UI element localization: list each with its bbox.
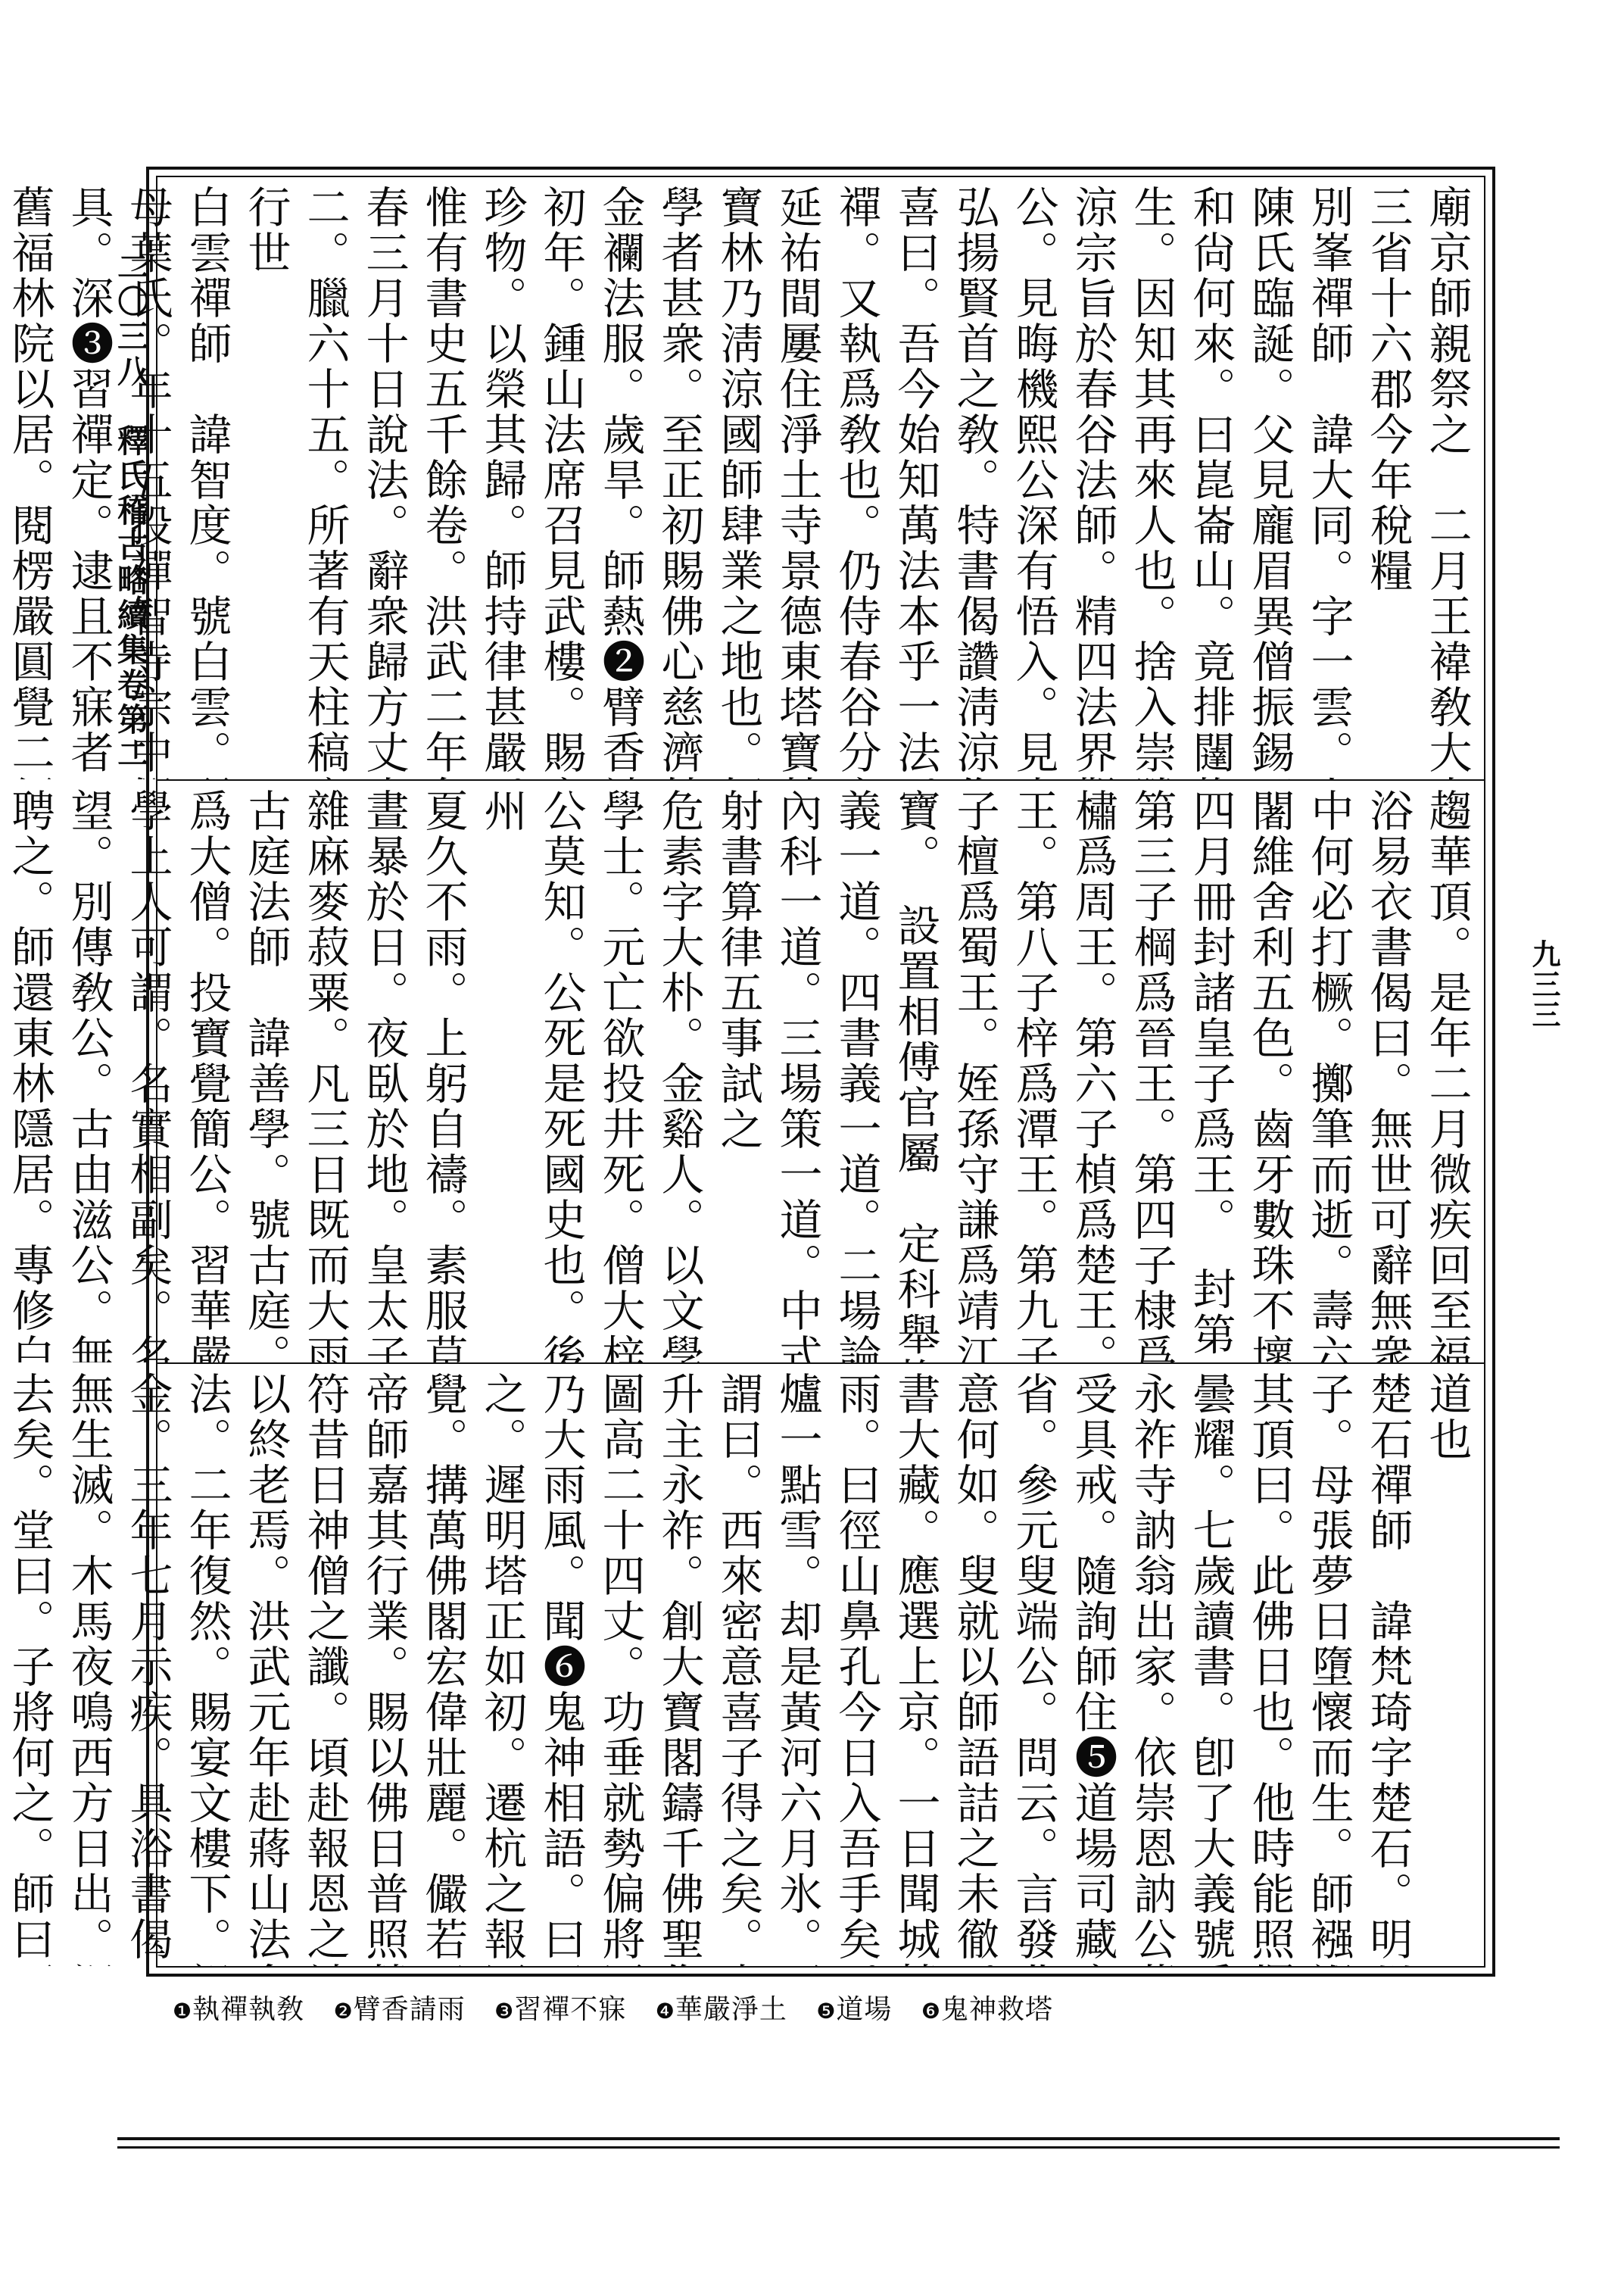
footnote-4: ❹華嚴淨土: [656, 1994, 787, 2025]
text-column: 母葉氏。年十五投禪智寺宗中假公。薙染受: [118, 185, 177, 779]
text-column: 喜曰。吾今始知萬法本乎一法。不識❶執爲: [886, 185, 945, 779]
text-column: 曇耀。七歲讀書。卽了大義號爲奇童。九歲投: [1181, 1372, 1240, 1966]
text-column: 楚石禪師 諱梵琦字楚石。明州象山朱氏: [1358, 1372, 1417, 1966]
text-column: 去矣。堂曰。子將何之。師曰西方。堂曰。西方: [0, 1372, 59, 1966]
text-column: 意何如。叟就以師語詰之未徹。會元英宗金: [945, 1372, 1004, 1966]
text-column: 州: [472, 788, 531, 1362]
text-column: 省。參元叟端公。問云。言發非聲色前不物。其: [1004, 1372, 1063, 1966]
text-column: 四月冊封諸皇子爲王。 封第二子樉爲秦王。: [1181, 788, 1240, 1362]
text-column: 寶林乃淸涼國師肆業之地也。師居之而來: [709, 185, 768, 779]
text-column: 三省十六郡今年稅糧: [1358, 185, 1417, 779]
text-column: 白雲禪師 諱智度。號白雲。麗水人。族姓吳。: [177, 185, 236, 779]
text-column: 學者甚衆。至正初賜佛心慈濟妙辨之號。幷: [650, 185, 709, 779]
text-column: 子檀爲蜀王。姪孫守謙爲靖江王。皆授以冊: [945, 788, 1004, 1362]
text-column: 道也: [1417, 1372, 1476, 1966]
text-column: 惟有書史五千餘卷。洪武二年冬示疾。三年: [413, 185, 472, 779]
text-column: 第三子棡爲晉王。第四子棣爲燕王。第五子: [1122, 788, 1181, 1362]
text-column: 涼宗旨於春谷法師。精四法界觀於古懷肇: [1063, 185, 1122, 779]
footnote-line: ❶執禪執敎 ❷臂香請雨 ❸習禪不寐 ❹華嚴淨土 ❺道場 ❻鬼神救塔: [173, 1988, 1073, 2027]
text-column: 爐一點雪。却是黃河六月氷。再參元叟一見: [768, 1372, 827, 1966]
text-column: 受具戒。隨詢師住❺道場司藏室。閱楞嚴經有: [1063, 1372, 1122, 1966]
text-column: 子。母張夢日墮懷而生。師襁褓時。有神僧摩: [1299, 1372, 1358, 1966]
text-column: 生。因知其再來人也。捨入崇勝寺。薙染究淸: [1122, 185, 1181, 779]
text-column: 符昔日神僧之讖。頃赴報恩之請。退築西齋: [295, 1372, 354, 1966]
text-column: 闍維舍利五色。齒牙數珠不壞云: [1240, 788, 1299, 1362]
text-column: 金。三年七月示疾。具浴書偈曰。眞性圓明本: [118, 1372, 177, 1966]
footnote-6: ❻鬼神救塔: [921, 1994, 1053, 2025]
text-column: 乃大雨風。聞❻鬼神相語。曰天寧塔偏亟往救: [531, 1372, 591, 1966]
footnote-1: ❶執禪執敎: [173, 1994, 304, 2025]
text-column: 寶。 設置相傅官屬 定科舉格。 初場各經: [886, 788, 945, 1362]
text-column: 帝師嘉其行業。賜以佛日普照慧辨之號。頣: [354, 1372, 413, 1966]
text-column: 舊福林院以居。閱楞嚴圓覺二經。見靈巖芝: [0, 185, 59, 779]
text-column: 義一道。四書義一道。二場論一道。詔誥表箋: [827, 788, 886, 1362]
right-page-number: 九三三: [1523, 939, 1565, 1030]
text-column: 古庭法師 諱善學。號古庭。姓馬氏。年十七: [236, 788, 295, 1362]
text-column: 內科一道。三場策一道。中式者後十日。以騎: [768, 788, 827, 1362]
register-top: 廟京師親祭之 二月王褘敎大本堂 詔免三省十六郡今年稅糧別峯禪師 諱大同。字一雲。…: [157, 177, 1484, 781]
bottom-rule-thick: [117, 2137, 1560, 2140]
text-column: 別峯禪師 諱大同。字一雲。上虞王氏子。母: [1299, 185, 1358, 779]
text-column: 射書算律五事試之: [709, 788, 768, 1362]
text-column: 雨。曰徑山鼻孔今日入吾手矣。偈云。捨得紅: [827, 1372, 886, 1966]
text-column: 升主永祚。創大寶閣鑄千佛聖像。建七級浮: [650, 1372, 709, 1966]
text-column: 禪。又執爲敎也。仍侍春谷分座。講華嚴大經。: [827, 185, 886, 779]
register-middle: 趨華頂。是年二月微疾回至福林。三月日沐浴易衣書偈曰。無世可辭無衆可別。太虛空中何…: [157, 781, 1484, 1364]
text-column: 爲大僧。投寶覺簡公。習華嚴宗旨。簡公曰。: [177, 788, 236, 1362]
text-column: 中何必打橛。擲筆而逝。壽六十七。臘五十二。: [1299, 788, 1358, 1362]
text-column: 雜麻麥菽粟。凡三日既而大雨。四郊霑足: [295, 788, 354, 1362]
text-column: 聘之。師還東林隱居。專修白業。行❹華嚴懺: [0, 788, 59, 1362]
text-column: 初年。鍾山法席召見武樓。賜宴禁中。餽幣金: [531, 185, 591, 779]
text-column: 學上人可謂。名實相副矣。名稱勃然推爲人: [118, 788, 177, 1362]
text-column: 書大藏。應選上京。一日聞城樓鼓聲汗下如: [886, 1372, 945, 1966]
text-column: 弘揚賢首之敎。特書偈讚淸涼像付之。師大: [945, 185, 1004, 779]
text-column: 夏久不雨。上躬自禱。素服草履步詣山川壇。: [413, 788, 472, 1362]
text-column: 其頂曰。此佛日也。他時能照燭昏衢。因小字: [1240, 1372, 1299, 1966]
footnote-5: ❺道場: [816, 1994, 892, 2025]
text-column: 無生滅。木馬夜鳴西方日出。謂夢堂曰。吾將: [59, 1372, 118, 1966]
text-column: 橚爲周王。第六子楨爲楚王。第七子榑爲齊: [1063, 788, 1122, 1362]
text-column: 學士。元亡欲投井死。僧大梓挽出曰。國史非: [591, 788, 650, 1362]
footnote-3: ❸習禪不寐: [494, 1994, 626, 2025]
register-bottom: 道也楚石禪師 諱梵琦字楚石。明州象山朱氏子。母張夢日墮懷而生。師襁褓時。有神僧摩…: [157, 1364, 1484, 1966]
text-column: 法。二年復然。賜宴文樓下。親承顧問餽以幣: [177, 1372, 236, 1966]
text-column: 具。深❸習禪定。逮且不寐者三載。於白雲山築: [59, 185, 118, 779]
text-column: 和尙何來。曰崑崙山。竟排闥趨內室。俄而師: [1181, 185, 1240, 779]
text-column: 望。別傳敎公。古由滋公。無言宣公。俱以上席: [59, 788, 118, 1362]
text-column: 珍物。以榮其歸。師持律甚嚴。一鉢外無長物。: [472, 185, 531, 779]
text-column: 王。第八子梓爲潭王。第九子杞爲魯王。第十: [1004, 788, 1063, 1362]
text-column: 謂曰。西來密意喜子得之矣。出世海鹽福臻。: [709, 1372, 768, 1966]
text-column: 永祚寺訥翁出家。依崇恩訥公薙染。往昭慶: [1122, 1372, 1181, 1966]
text-column: 廟京師親祭之 二月王褘敎大本堂 詔免: [1417, 185, 1476, 779]
text-column: 二。臘六十五。所著有天柱稿寶林類編等集。: [295, 185, 354, 779]
bottom-rule-thin: [117, 2146, 1560, 2149]
text-column: 延祐間屢住淨土寺景德東塔寶林諸剎。然: [768, 185, 827, 779]
footnote-2: ❷臂香請雨: [334, 1994, 466, 2025]
text-column: 春三月十日說法。辭衆歸方丈坐逝。壽八十: [354, 185, 413, 779]
text-column: 圖高二十四丈。功垂就勢偏將壓。師禱之夜: [591, 1372, 650, 1966]
text-column: 以終老焉。洪武元年赴蔣山法會。師陞座說: [236, 1372, 295, 1966]
text-column: 趨華頂。是年二月微疾回至福林。三月日沐: [1417, 788, 1476, 1362]
text-column: 浴易衣書偈曰。無世可辭無衆可別。太虛空: [1358, 788, 1417, 1362]
text-column: 公莫知。公死是死國史也。後仍爲學士謫和: [531, 788, 591, 1362]
text-column: 晝暴於日。夜臥於地。皇太子捧榼進農家食。: [354, 788, 413, 1362]
text-column: 之。遲明塔正如初。遷杭之報國。轉嘉興之本: [472, 1372, 531, 1966]
text-column: 行世: [236, 185, 295, 779]
text-column: 公。見晦機熙公深有悟入。見中峯禪師。託以: [1004, 185, 1063, 779]
text-column: 覺。搆萬佛閣宏偉壯麗。儼若天宮下移人世。: [413, 1372, 472, 1966]
text-column: 危素字大朴。金谿人。以文學知名。元末官至: [650, 788, 709, 1362]
text-column: 金襴法服。歲旱。師爇❷臂香請雨大澍。洪武: [591, 185, 650, 779]
text-column: 陳氏臨誕。父見龐眉異僧振錫而入揖問曰。: [1240, 185, 1299, 779]
